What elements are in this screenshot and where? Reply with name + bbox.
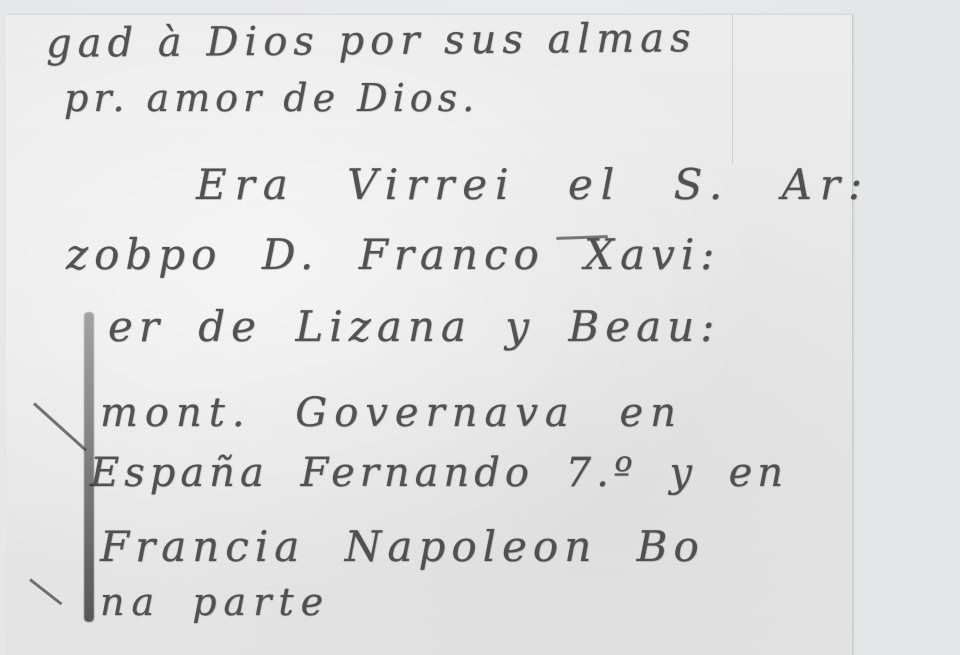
vertical-margin-note [76,312,104,632]
manuscript-line-8: Francia Napoleon Bo [100,522,705,571]
manuscript-line-9: na parte [100,580,330,624]
manuscript-line-1: gad à Dios por sus almas [46,15,697,67]
margin-ink-stroke [84,312,94,622]
manuscript-line-3: Era Virrei el S. Ar: [196,160,870,209]
paper-fold-line [732,14,733,164]
manuscript-line-7: España Fernando 7.º y en [90,450,788,496]
manuscript-line-2: pr. amor de Dios. [64,76,479,120]
manuscript-line-6: mont. Governava en [100,390,683,436]
manuscript-line-4: zobpo D. Franco Xavi: [66,230,720,279]
manuscript-line-5: er de Lizana y Beau: [108,302,720,351]
